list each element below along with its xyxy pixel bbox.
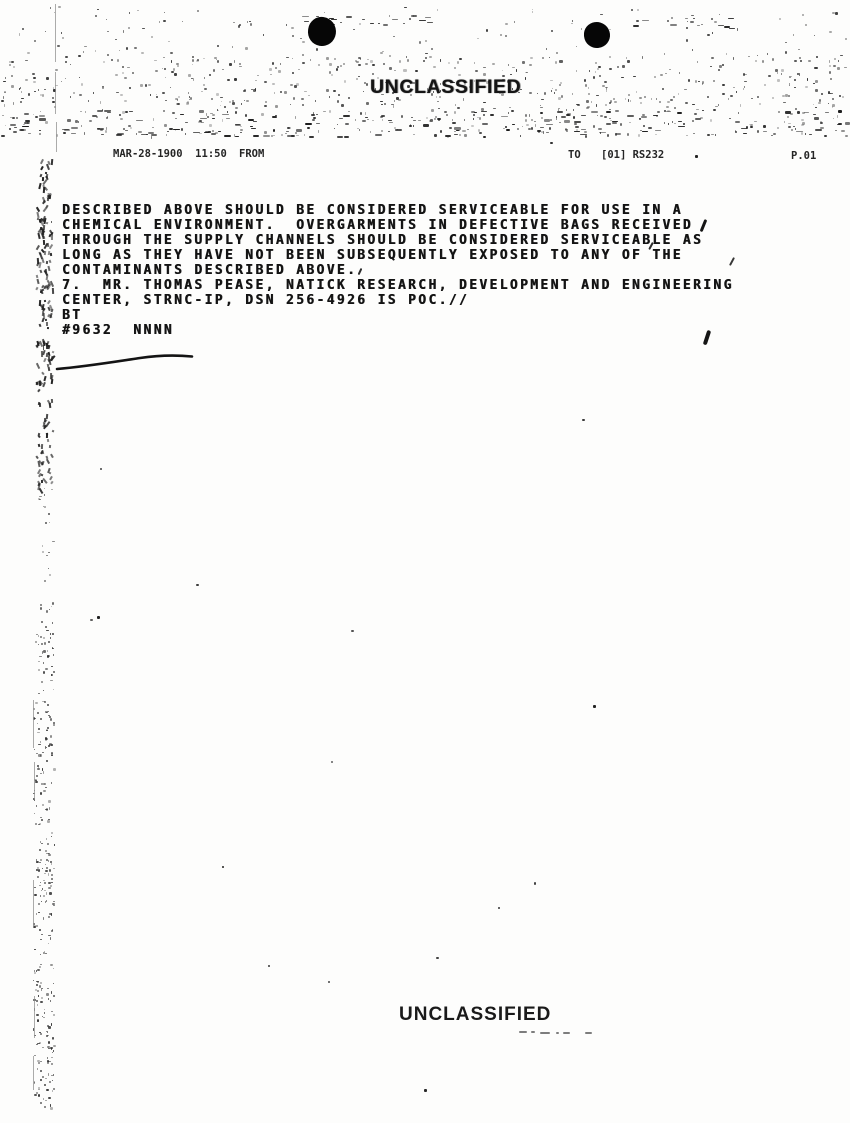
- fax-to-value: [01] RS232: [601, 149, 664, 161]
- message-line: DESCRIBED ABOVE SHOULD BE CONSIDERED SER…: [62, 203, 734, 218]
- message-line: CONTAMINANTS DESCRIBED ABOVE.: [62, 263, 734, 278]
- classification-banner-bottom: UNCLASSIFIED: [399, 1004, 551, 1026]
- message-line: LONG AS THEY HAVE NOT BEEN SUBSEQUENTLY …: [62, 248, 734, 263]
- fax-datetime: MAR-28-1900 11:50: [113, 148, 227, 160]
- message-line: CENTER, STRNC-IP, DSN 256-4926 IS POC.//: [62, 293, 734, 308]
- fax-to-label: TO: [568, 149, 581, 161]
- fax-page-number: P.01: [791, 150, 816, 162]
- pen-swoosh-underline: [52, 348, 202, 378]
- message-line: THROUGH THE SUPPLY CHANNELS SHOULD BE CO…: [62, 233, 734, 248]
- message-line: CHEMICAL ENVIRONMENT. OVERGARMENTS IN DE…: [62, 218, 734, 233]
- message-body: DESCRIBED ABOVE SHOULD BE CONSIDERED SER…: [62, 203, 734, 338]
- message-line: BT: [62, 308, 734, 323]
- classification-banner-top: UNCLASSIFIED: [370, 76, 521, 99]
- scanned-fax-page: UNCLASSIFIED MAR-28-1900 11:50 FROM TO […: [0, 0, 850, 1123]
- message-line: #9632 NNNN: [62, 323, 734, 338]
- message-line: 7. MR. THOMAS PEASE, NATICK RESEARCH, DE…: [62, 278, 734, 293]
- fax-from-label: FROM: [239, 148, 264, 160]
- scan-noise-layer: [0, 0, 850, 1123]
